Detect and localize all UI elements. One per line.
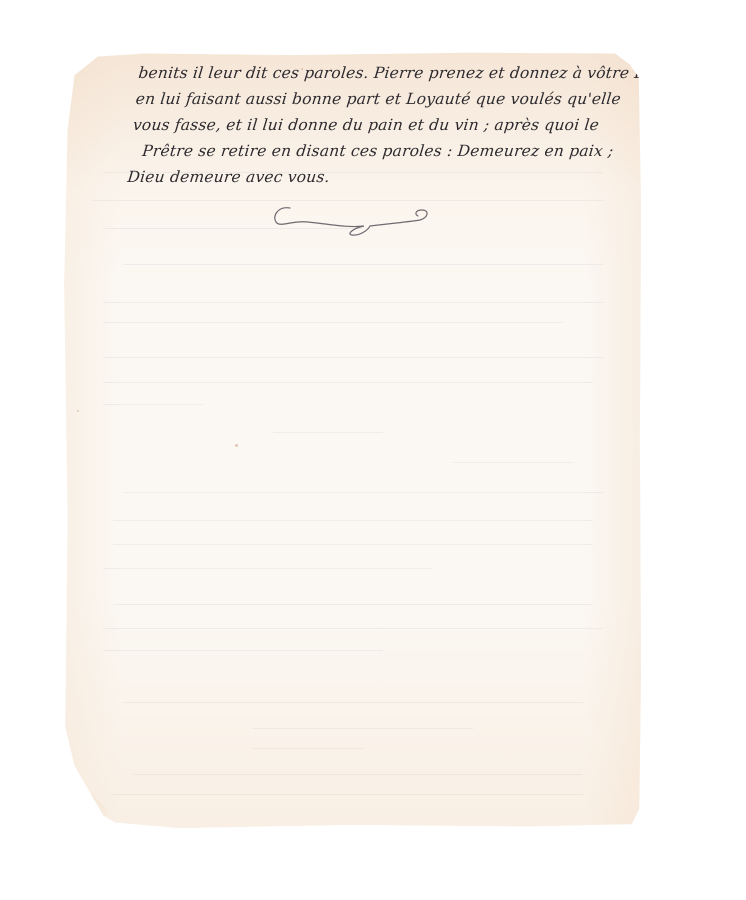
text-line-4: Prêtre se retire en disant ces paroles :… [129,138,652,164]
text-line-3: vous fasse, et il lui donne du pain et d… [132,112,655,138]
text-line-2: en lui faisant aussi bonne part et Loyau… [134,86,657,112]
handwritten-text: benits il leur dit ces paroles. Pierre p… [126,60,660,190]
text-line-1: benits il leur dit ces paroles. Pierre p… [137,60,660,86]
flourish-divider-icon [268,202,434,238]
manuscript-page: benits il leur dit ces paroles. Pierre p… [63,52,641,828]
folded-corner [63,768,109,828]
text-line-5: Dieu demeure avec vous. [126,164,649,190]
scan-background: benits il leur dit ces paroles. Pierre p… [0,0,746,900]
